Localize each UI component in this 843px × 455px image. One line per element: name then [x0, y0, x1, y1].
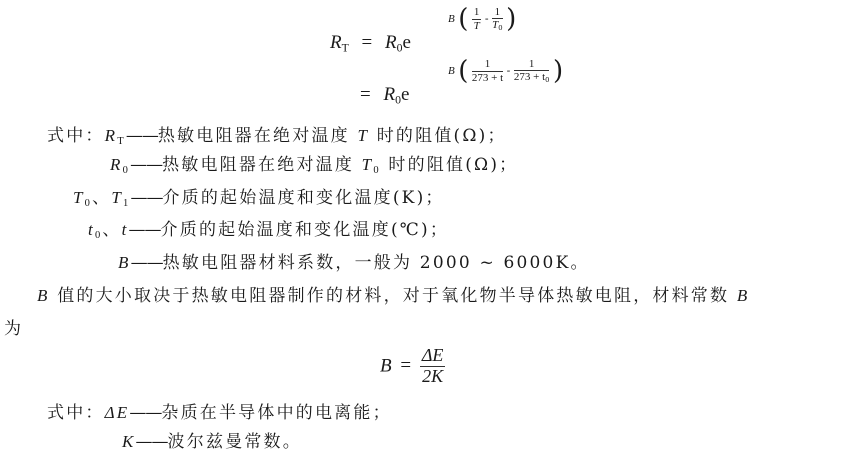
dash: ——: [130, 155, 162, 175]
equals: =: [400, 355, 411, 376]
dash: ——: [129, 220, 161, 240]
desc: 杂质在半导体中的电离能；: [161, 403, 391, 423]
paren-open: (: [458, 4, 468, 34]
where-item-k: K——波尔兹曼常数。: [122, 427, 302, 452]
num: ΔE: [420, 346, 446, 367]
equation-rt-line2: = R0e: [360, 84, 409, 108]
desc: 介质的起始温度和变化温度(℃)；: [161, 220, 449, 240]
desc: 时的阻值(Ω)；: [369, 126, 507, 146]
sep: 、: [102, 220, 121, 240]
fraction-1-over-t0: 1T0: [492, 6, 502, 33]
equation-b: B = ΔE2K: [380, 346, 445, 387]
dash: ——: [136, 432, 168, 452]
sym: K: [122, 432, 136, 451]
var-r0: R: [383, 84, 395, 105]
exp-e: e: [403, 32, 411, 53]
exp-b: B: [448, 13, 455, 25]
paragraph-wrap: 为: [4, 314, 23, 339]
sym: t: [122, 220, 129, 239]
desc: 波尔兹曼常数。: [168, 432, 302, 452]
minus: -: [507, 64, 511, 77]
var: B: [37, 286, 50, 305]
fraction-1-over-273-t: 1273 + t: [472, 58, 503, 83]
dash: ——: [130, 188, 162, 208]
dash: ——: [131, 253, 163, 273]
fraction-1-over-273-t0: 1273 + t0: [514, 58, 550, 85]
text: 值的大小取决于热敏电阻器制作的材料，对于氧化物半导体热敏电阻，材料常数: [50, 286, 737, 306]
den: 2K: [420, 367, 446, 387]
sep: 、: [92, 188, 111, 208]
where-prefix: 式中：: [47, 403, 105, 423]
desc: 热敏电阻器在绝对温度: [158, 126, 358, 146]
sym: R: [110, 155, 123, 174]
desc: 热敏电阻器在绝对温度: [162, 155, 362, 175]
lhs: B: [380, 355, 392, 376]
sym: T: [73, 188, 85, 207]
fraction-1-over-t: 1T: [472, 6, 482, 31]
var-r: R: [330, 32, 342, 53]
var: B: [737, 286, 750, 305]
sym: B: [118, 253, 131, 272]
sub-t: T: [342, 42, 349, 55]
num: 1: [514, 58, 550, 71]
sub: T: [117, 136, 126, 147]
var-r0: R: [385, 32, 397, 53]
sub: 0: [85, 198, 92, 209]
exponent-1: B ( 1T - 1T0 ): [448, 4, 516, 34]
equals: =: [360, 84, 371, 105]
sym: T: [111, 188, 123, 207]
where-item-t0-t: t0、t——介质的起始温度和变化温度(℃)；: [88, 215, 449, 241]
where-item-rt: 式中：RT——热敏电阻器在绝对温度 T 时的阻值(Ω)；: [47, 121, 507, 147]
sym: ΔE: [105, 403, 130, 422]
paragraph-b-value: B 值的大小取决于热敏电阻器制作的材料，对于氧化物半导体热敏电阻，材料常数 B: [37, 281, 749, 306]
paren-close: ): [506, 4, 516, 34]
where-item-b: B——热敏电阻器材料系数，一般为 2000 ~ 6000K。: [118, 248, 590, 273]
equation-rt-line1: RT = R0e: [330, 32, 411, 56]
exp-e: e: [401, 84, 409, 105]
dash: ——: [126, 126, 158, 146]
exponent-2: B ( 1273 + t - 1273 + t0 ): [448, 56, 563, 86]
den: T: [472, 20, 482, 32]
where-prefix: 式中：: [47, 126, 105, 146]
paren-close: ): [553, 56, 563, 86]
sym: R: [105, 126, 118, 145]
exp-b: B: [448, 65, 455, 77]
equals: =: [362, 32, 373, 53]
num: 1: [492, 6, 502, 19]
minus: -: [485, 12, 489, 25]
sub: 0: [123, 165, 130, 176]
paren-open: (: [458, 56, 468, 86]
var: T: [357, 126, 369, 145]
where-item-de: 式中：ΔE——杂质在半导体中的电离能；: [47, 398, 392, 423]
sym: t: [88, 220, 95, 239]
dash: ——: [129, 403, 161, 423]
desc: 介质的起始温度和变化温度(K)；: [162, 188, 444, 208]
desc: 时的阻值(Ω)；: [381, 155, 519, 175]
den: 273 + t: [472, 72, 503, 84]
desc: 热敏电阻器材料系数，一般为 2000 ~ 6000K。: [163, 253, 590, 273]
sub: 0: [373, 165, 380, 176]
fraction-de-over-2k: ΔE2K: [420, 346, 446, 387]
sub: 0: [498, 24, 502, 32]
num: 1: [472, 58, 503, 71]
den: 273 + t: [514, 71, 545, 83]
where-item-r0: R0——热敏电阻器在绝对温度 T0 时的阻值(Ω)；: [110, 150, 518, 176]
num: 1: [472, 6, 482, 19]
sub: 0: [545, 76, 549, 84]
var: T: [362, 155, 374, 174]
where-item-t0-t1: T0、T1——介质的起始温度和变化温度(K)；: [73, 183, 445, 209]
